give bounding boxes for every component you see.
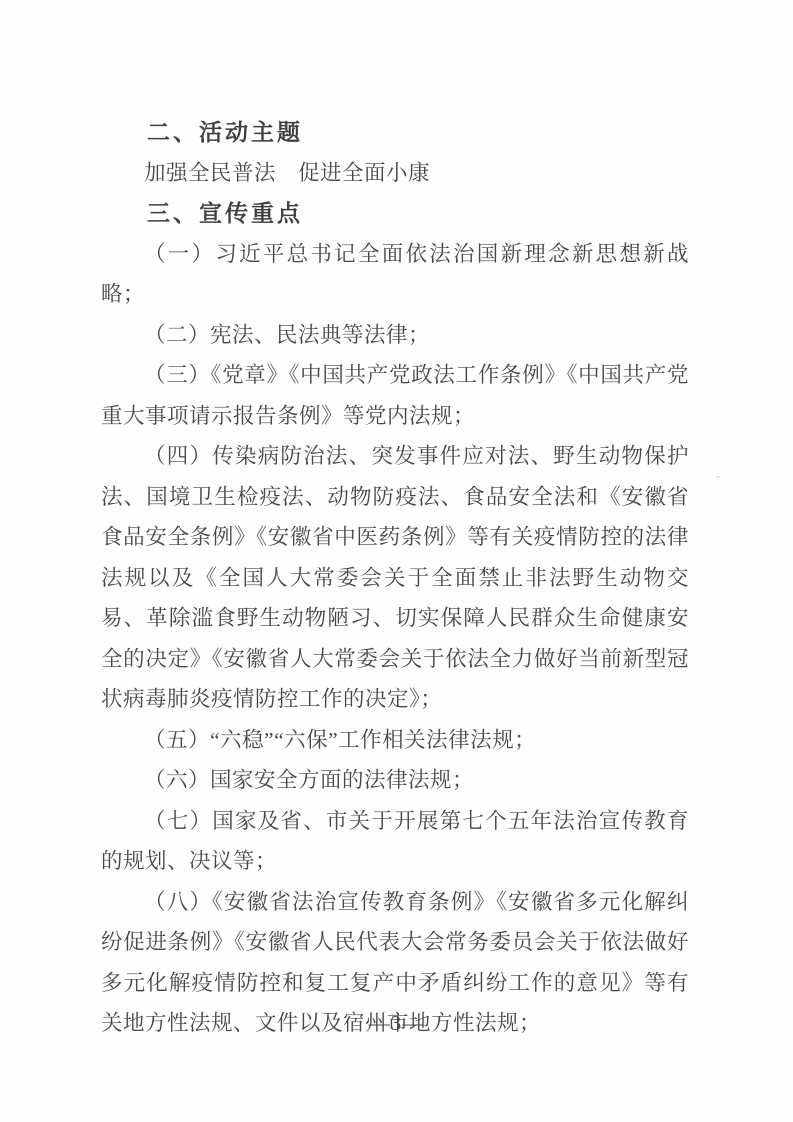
document-body: 二、活动主题 加强全民普法 促进全面小康 三、宣传重点 （一）习近平总书记全面依… [101,112,689,1044]
focus-item-4: （四）传染病防治法、突发事件应对法、野生动物保护法、国境卫生检疫法、动物防疫法、… [101,436,689,720]
section-heading-publicity-focus: 三、宣传重点 [101,193,689,234]
focus-item-6: （六）国家安全方面的法律法规； [101,760,689,801]
document-page: 二、活动主题 加强全民普法 促进全面小康 三、宣传重点 （一）习近平总书记全面依… [0,0,793,1122]
focus-item-5: （五）“六稳”“六保”工作相关法律法规； [101,720,689,761]
focus-item-7: （七）国家及省、市关于开展第七个五年法治宣传教育的规划、决议等； [101,801,689,882]
page-number: —3— [0,1003,793,1044]
paragraph-activity-theme: 加强全民普法 促进全面小康 [101,153,689,194]
focus-item-1: （一）习近平总书记全面依法治国新理念新思想新战略； [101,234,689,315]
scan-artifact [716,476,720,478]
focus-item-3: （三）《党章》《中国共产党政法工作条例》《中国共产党重大事项请示报告条例》等党内… [101,355,689,436]
focus-item-2: （二）宪法、民法典等法律； [101,315,689,356]
section-heading-activity-theme: 二、活动主题 [101,112,689,153]
